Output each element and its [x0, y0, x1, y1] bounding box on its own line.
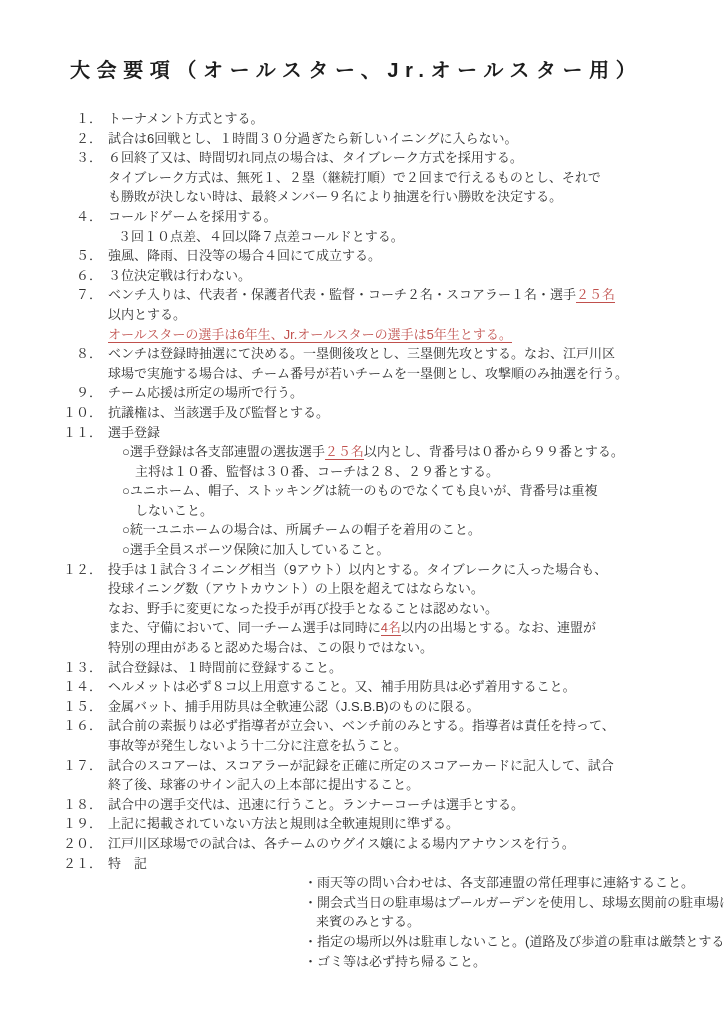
- text-segment: 試合のスコアーは、スコアラーが記録を正確に所定のスコアーカードに記入して、試合: [108, 758, 614, 773]
- item-line: 球場で実施する場合は、チーム番号が若いチームを一塁側とし、攻撃順のみ抽選を行う。: [108, 364, 684, 384]
- item-line: 特別の理由があると認めた場合は、この限りではない。: [108, 638, 684, 658]
- item-line: 投球イニング数（アウトカウント）の上限を超えてはならない。: [108, 579, 684, 599]
- item-number: １２．: [60, 560, 102, 580]
- document-page: 大会要項（オールスター、Jr.オールスター用） １．トーナメント方式とする。２．…: [0, 0, 724, 1024]
- item-line: 金属バット、捕手用防具は全軟連公認（J.S.B.B)のものに限る。: [108, 697, 684, 717]
- item-line: タイブレーク方式は、無死１、２塁（継続打順）で２回まで行えるものとし、それで: [108, 168, 684, 188]
- item-line: 主将は１０番、監督は３０番、コーチは２８、２９番とする。: [108, 462, 684, 482]
- item-content: 試合中の選手交代は、迅速に行うこと。ランナーコーチは選手とする。: [108, 795, 684, 815]
- text-segment: 来賓のみとする。: [316, 914, 420, 929]
- item-content: ベンチ入りは、代表者・保護者代表・監督・コーチ２名・スコアラー１名・選手２５名以…: [108, 285, 684, 344]
- item-line: 終了後、球審のサイン記入の上本部に提出すること。: [108, 775, 684, 795]
- item-line: 試合前の素振りは必ず指導者が立会い、ベンチ前のみとする。指導者は責任を持って、: [108, 716, 684, 736]
- text-segment: ３位決定戦は行わない。: [108, 268, 251, 283]
- text-segment: 選手登録: [108, 425, 160, 440]
- item-content: トーナメント方式とする。: [108, 109, 684, 129]
- text-segment: 試合は6回戦とし、１時間３０分過ぎたら新しいイニングに入らない。: [108, 131, 517, 146]
- item-line: ３位決定戦は行わない。: [108, 266, 684, 286]
- item-content: 試合前の素振りは必ず指導者が立会い、ベンチ前のみとする。指導者は責任を持って、事…: [108, 716, 684, 755]
- text-segment: 抗議権は、当該選手及び監督とする。: [108, 405, 329, 420]
- item-number: １１．: [60, 423, 102, 443]
- item-line: 上記に掲載されていない方法と規則は全軟連規則に準ずる。: [108, 814, 684, 834]
- item-line: なお、野手に変更になった投手が再び投手となることは認めない。: [108, 599, 684, 619]
- text-segment: 球場で実施する場合は、チーム番号が若いチームを一塁側とし、攻撃順のみ抽選を行う。: [108, 366, 628, 381]
- text-segment: 終了後、球審のサイン記入の上本部に提出すること。: [108, 777, 419, 792]
- item-number: １６．: [60, 716, 102, 736]
- item-content: ヘルメットは必ず８コ以上用意すること。又、補手用防具は必ず着用すること。: [108, 677, 684, 697]
- rule-item: １２．投手は１試合３イニング相当（9アウト）以内とする。タイブレークに入った場合…: [60, 560, 684, 658]
- item-number: ８．: [60, 344, 102, 364]
- text-segment: タイブレーク方式は、無死１、２塁（継続打順）で２回まで行えるものとし、それで: [108, 170, 601, 185]
- item-line: チーム応援は所定の場所で行う。: [108, 383, 684, 403]
- rule-item: １６．試合前の素振りは必ず指導者が立会い、ベンチ前のみとする。指導者は責任を持っ…: [60, 716, 684, 755]
- item-line: ３回１０点差、４回以降７点差コールドとする。: [108, 227, 684, 247]
- item-number: ５．: [60, 246, 102, 266]
- item-content: 特 記・雨天等の問い合わせは、各支部連盟の常任理事に連絡すること。・開会式当日の…: [108, 854, 724, 972]
- item-number: ９．: [60, 383, 102, 403]
- text-segment: ヘルメットは必ず８コ以上用意すること。又、補手用防具は必ず着用すること。: [108, 679, 576, 694]
- item-content: 選手登録○選手登録は各支部連盟の選抜選手２５名以内とし、背番号は０番から９９番と…: [108, 423, 684, 560]
- item-line: ○統一ユニホームの場合は、所属チームの帽子を着用のこと。: [108, 520, 684, 540]
- item-number: １７．: [60, 756, 102, 776]
- rule-item: ９．チーム応援は所定の場所で行う。: [60, 383, 684, 403]
- item-line: 特 記: [108, 854, 724, 874]
- text-segment: も勝敗が決しない時は、最終メンバー９名により抽選を行い勝敗を決定する。: [108, 189, 562, 204]
- item-content: 上記に掲載されていない方法と規則は全軟連規則に準ずる。: [108, 814, 684, 834]
- text-segment: 特 記: [108, 856, 147, 871]
- item-line: ベンチ入りは、代表者・保護者代表・監督・コーチ２名・スコアラー１名・選手２５名: [108, 285, 684, 305]
- item-line: コールドゲームを採用する。: [108, 207, 684, 227]
- text-segment: 以内の出場とする。なお、連盟が: [401, 620, 596, 635]
- text-segment: ３回１０点差、４回以降７点差コールドとする。: [118, 229, 404, 244]
- red-highlight-text: オールスターの選手は6年生、Jr.オールスターの選手は5年生とする。: [108, 327, 512, 343]
- text-segment: しないこと。: [135, 503, 213, 518]
- item-line: 強風、降雨、日没等の場合４回にて成立する。: [108, 246, 684, 266]
- item-number: １．: [60, 109, 102, 129]
- item-line: ・雨天等の問い合わせは、各支部連盟の常任理事に連絡すること。: [108, 873, 724, 893]
- item-line: 抗議権は、当該選手及び監督とする。: [108, 403, 684, 423]
- text-segment: 投手は１試合３イニング相当（9アウト）以内とする。タイブレークに入った場合も、: [108, 562, 607, 577]
- item-content: コールドゲームを採用する。３回１０点差、４回以降７点差コールドとする。: [108, 207, 684, 246]
- item-number: １９．: [60, 814, 102, 834]
- rule-item: ２０．江戸川区球場での試合は、各チームのウグイス嬢による場内アナウンスを行う。: [60, 834, 684, 854]
- item-number: ４．: [60, 207, 102, 227]
- item-line: 投手は１試合３イニング相当（9アウト）以内とする。タイブレークに入った場合も、: [108, 560, 684, 580]
- item-content: 強風、降雨、日没等の場合４回にて成立する。: [108, 246, 684, 266]
- rules-list: １．トーナメント方式とする。２．試合は6回戦とし、１時間３０分過ぎたら新しいイニ…: [60, 109, 684, 971]
- rule-item: ７．ベンチ入りは、代表者・保護者代表・監督・コーチ２名・スコアラー１名・選手２５…: [60, 285, 684, 344]
- item-line: また、守備において、同一チーム選手は同時に4名以内の出場とする。なお、連盟が: [108, 618, 684, 638]
- item-number: ３．: [60, 148, 102, 168]
- item-content: 試合登録は、１時間前に登録すること。: [108, 658, 684, 678]
- text-segment: なお、野手に変更になった投手が再び投手となることは認めない。: [108, 601, 498, 616]
- item-line: ・開会式当日の駐車場はプールガーデンを使用し、球場玄関前の駐車場は: [108, 893, 724, 913]
- text-segment: 以内とする。: [108, 307, 186, 322]
- text-segment: 事故等が発生しないよう十二分に注意を払うこと。: [108, 738, 407, 753]
- item-line: も勝敗が決しない時は、最終メンバー９名により抽選を行い勝敗を決定する。: [108, 187, 684, 207]
- item-number: ２１．: [60, 854, 102, 874]
- item-content: 江戸川区球場での試合は、各チームのウグイス嬢による場内アナウンスを行う。: [108, 834, 684, 854]
- text-segment: ○統一ユニホームの場合は、所属チームの帽子を着用のこと。: [122, 522, 481, 537]
- item-number: １０．: [60, 403, 102, 423]
- item-number: １５．: [60, 697, 102, 717]
- item-line: 試合登録は、１時間前に登録すること。: [108, 658, 684, 678]
- item-number: １４．: [60, 677, 102, 697]
- item-content: 試合は6回戦とし、１時間３０分過ぎたら新しいイニングに入らない。: [108, 129, 684, 149]
- rule-item: １．トーナメント方式とする。: [60, 109, 684, 129]
- text-segment: また、守備において、同一チーム選手は同時に: [108, 620, 381, 635]
- item-line: ６回終了又は、時間切れ同点の場合は、タイブレーク方式を採用する。: [108, 148, 684, 168]
- item-line: 試合は6回戦とし、１時間３０分過ぎたら新しいイニングに入らない。: [108, 129, 684, 149]
- item-number: １３．: [60, 658, 102, 678]
- rule-item: ４．コールドゲームを採用する。３回１０点差、４回以降７点差コールドとする。: [60, 207, 684, 246]
- text-segment: 以内とし、背番号は０番から９９番とする。: [364, 444, 624, 459]
- text-segment: 金属バット、捕手用防具は全軟連公認（J.S.B.B)のものに限る。: [108, 699, 480, 714]
- text-segment: ・指定の場所以外は駐車しないこと。(道路及び歩道の駐車は厳禁とする。): [304, 934, 724, 949]
- text-segment: 試合前の素振りは必ず指導者が立会い、ベンチ前のみとする。指導者は責任を持って、: [108, 718, 615, 733]
- item-line: オールスターの選手は6年生、Jr.オールスターの選手は5年生とする。: [108, 325, 684, 345]
- text-segment: ・開会式当日の駐車場はプールガーデンを使用し、球場玄関前の駐車場は: [304, 895, 724, 910]
- item-content: チーム応援は所定の場所で行う。: [108, 383, 684, 403]
- item-content: ベンチは登録時抽選にて決める。一塁側後攻とし、三塁側先攻とする。なお、江戸川区球…: [108, 344, 684, 383]
- text-segment: ・ゴミ等は必ず持ち帰ること。: [304, 954, 486, 969]
- text-segment: ・雨天等の問い合わせは、各支部連盟の常任理事に連絡すること。: [304, 875, 694, 890]
- item-number: ７．: [60, 285, 102, 305]
- rule-item: ２．試合は6回戦とし、１時間３０分過ぎたら新しいイニングに入らない。: [60, 129, 684, 149]
- rule-item: １５．金属バット、捕手用防具は全軟連公認（J.S.B.B)のものに限る。: [60, 697, 684, 717]
- text-segment: ○選手全員スポーツ保険に加入していること。: [122, 542, 389, 557]
- text-segment: ○ユニホーム、帽子、ストッキングは統一のものでなくても良いが、背番号は重複: [122, 483, 597, 498]
- item-line: トーナメント方式とする。: [108, 109, 684, 129]
- item-line: 選手登録: [108, 423, 684, 443]
- item-line: 来賓のみとする。: [108, 912, 724, 932]
- item-number: ２０．: [60, 834, 102, 854]
- red-highlight-text: 4名: [381, 620, 401, 636]
- rule-item: １３．試合登録は、１時間前に登録すること。: [60, 658, 684, 678]
- item-line: 以内とする。: [108, 305, 684, 325]
- text-segment: コールドゲームを採用する。: [108, 209, 276, 224]
- text-segment: ベンチ入りは、代表者・保護者代表・監督・コーチ２名・スコアラー１名・選手: [108, 287, 576, 302]
- red-highlight-text: ２５名: [576, 287, 615, 303]
- item-line: ・ゴミ等は必ず持ち帰ること。: [108, 952, 724, 972]
- item-line: 試合のスコアーは、スコアラーが記録を正確に所定のスコアーカードに記入して、試合: [108, 756, 684, 776]
- text-segment: 特別の理由があると認めた場合は、この限りではない。: [108, 640, 433, 655]
- text-segment: ６回終了又は、時間切れ同点の場合は、タイブレーク方式を採用する。: [108, 150, 523, 165]
- item-line: 江戸川区球場での試合は、各チームのウグイス嬢による場内アナウンスを行う。: [108, 834, 684, 854]
- text-segment: ○選手登録は各支部連盟の選抜選手: [122, 444, 325, 459]
- text-segment: ベンチは登録時抽選にて決める。一塁側後攻とし、三塁側先攻とする。なお、江戸川区: [108, 346, 615, 361]
- text-segment: 主将は１０番、監督は３０番、コーチは２８、２９番とする。: [135, 464, 499, 479]
- item-number: １８．: [60, 795, 102, 815]
- text-segment: 投球イニング数（アウトカウント）の上限を超えてはならない。: [108, 581, 484, 596]
- rule-item: １４．ヘルメットは必ず８コ以上用意すること。又、補手用防具は必ず着用すること。: [60, 677, 684, 697]
- rule-item: １８．試合中の選手交代は、迅速に行うこと。ランナーコーチは選手とする。: [60, 795, 684, 815]
- text-segment: チーム応援は所定の場所で行う。: [108, 385, 303, 400]
- item-line: ベンチは登録時抽選にて決める。一塁側後攻とし、三塁側先攻とする。なお、江戸川区: [108, 344, 684, 364]
- item-line: ○選手全員スポーツ保険に加入していること。: [108, 540, 684, 560]
- item-content: 金属バット、捕手用防具は全軟連公認（J.S.B.B)のものに限る。: [108, 697, 684, 717]
- red-highlight-text: ２５名: [325, 444, 364, 460]
- item-content: 試合のスコアーは、スコアラーが記録を正確に所定のスコアーカードに記入して、試合終…: [108, 756, 684, 795]
- rule-item: ３．６回終了又は、時間切れ同点の場合は、タイブレーク方式を採用する。タイブレーク…: [60, 148, 684, 207]
- text-segment: 試合中の選手交代は、迅速に行うこと。ランナーコーチは選手とする。: [108, 797, 524, 812]
- rule-item: １７．試合のスコアーは、スコアラーが記録を正確に所定のスコアーカードに記入して、…: [60, 756, 684, 795]
- rule-item: １１．選手登録○選手登録は各支部連盟の選抜選手２５名以内とし、背番号は０番から９…: [60, 423, 684, 560]
- item-line: 試合中の選手交代は、迅速に行うこと。ランナーコーチは選手とする。: [108, 795, 684, 815]
- item-content: ６回終了又は、時間切れ同点の場合は、タイブレーク方式を採用する。タイブレーク方式…: [108, 148, 684, 207]
- item-number: ２．: [60, 129, 102, 149]
- item-line: しないこと。: [108, 501, 684, 521]
- item-content: 投手は１試合３イニング相当（9アウト）以内とする。タイブレークに入った場合も、投…: [108, 560, 684, 658]
- item-line: ヘルメットは必ず８コ以上用意すること。又、補手用防具は必ず着用すること。: [108, 677, 684, 697]
- text-segment: 江戸川区球場での試合は、各チームのウグイス嬢による場内アナウンスを行う。: [108, 836, 575, 851]
- item-number: ６．: [60, 266, 102, 286]
- rule-item: １０．抗議権は、当該選手及び監督とする。: [60, 403, 684, 423]
- item-line: ○ユニホーム、帽子、ストッキングは統一のものでなくても良いが、背番号は重複: [108, 481, 684, 501]
- item-line: 事故等が発生しないよう十二分に注意を払うこと。: [108, 736, 684, 756]
- item-content: 抗議権は、当該選手及び監督とする。: [108, 403, 684, 423]
- text-segment: 上記に掲載されていない方法と規則は全軟連規則に準ずる。: [108, 816, 459, 831]
- item-content: ３位決定戦は行わない。: [108, 266, 684, 286]
- rule-item: ５．強風、降雨、日没等の場合４回にて成立する。: [60, 246, 684, 266]
- rule-item: ２１．特 記・雨天等の問い合わせは、各支部連盟の常任理事に連絡すること。・開会式…: [60, 854, 684, 972]
- rule-item: １９．上記に掲載されていない方法と規則は全軟連規則に準ずる。: [60, 814, 684, 834]
- item-line: ・指定の場所以外は駐車しないこと。(道路及び歩道の駐車は厳禁とする。): [108, 932, 724, 952]
- text-segment: 試合登録は、１時間前に登録すること。: [108, 660, 342, 675]
- rule-item: ６．３位決定戦は行わない。: [60, 266, 684, 286]
- text-segment: 強風、降雨、日没等の場合４回にて成立する。: [108, 248, 381, 263]
- text-segment: トーナメント方式とする。: [108, 111, 263, 126]
- item-line: ○選手登録は各支部連盟の選抜選手２５名以内とし、背番号は０番から９９番とする。: [108, 442, 684, 462]
- rule-item: ８．ベンチは登録時抽選にて決める。一塁側後攻とし、三塁側先攻とする。なお、江戸川…: [60, 344, 684, 383]
- page-title: 大会要項（オールスター、Jr.オールスター用）: [70, 54, 684, 83]
